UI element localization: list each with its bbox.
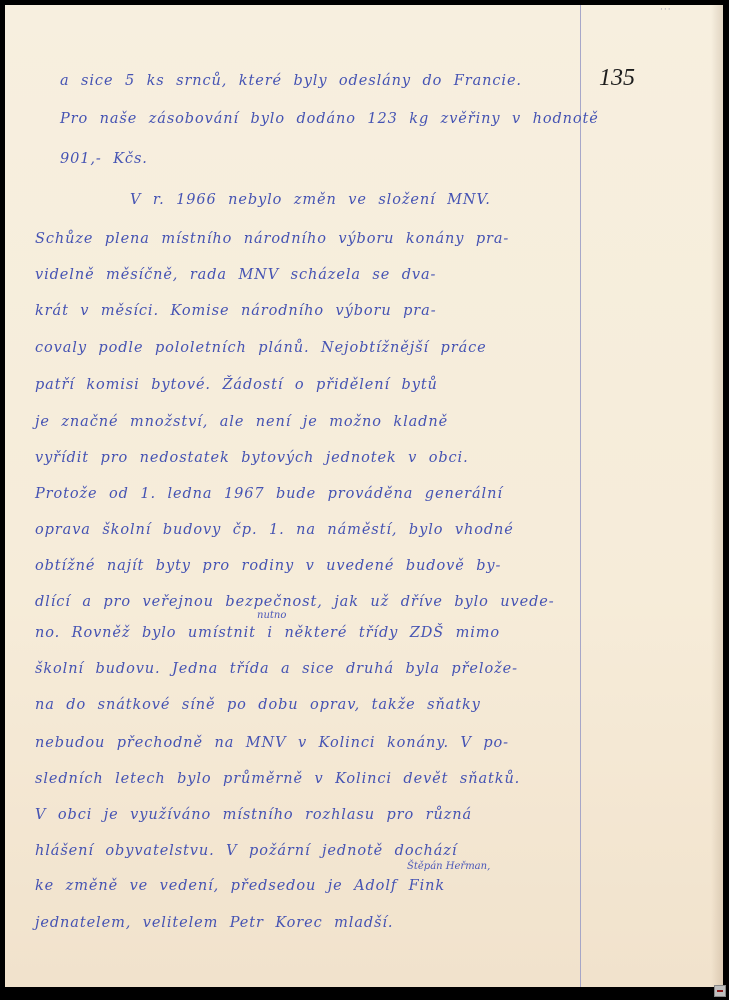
handwritten-line-3: 901,- Kčs. bbox=[60, 151, 148, 167]
handwritten-line-22: hlášení obyvatelstvu. V požární jednotě … bbox=[35, 843, 457, 859]
handwritten-line-1: a sice 5 ks srnců, které byly odeslány d… bbox=[60, 73, 522, 89]
minus-glyph-icon bbox=[717, 990, 723, 992]
handwritten-line-8: covaly podle pololetních plánů. Nejobtíž… bbox=[35, 340, 487, 356]
handwritten-line-17: školní budovu. Jedna třída a sice druhá … bbox=[35, 661, 518, 677]
handwritten-line-20: sledních letech bylo průměrně v Kolinci … bbox=[35, 771, 520, 787]
page-number: 135 bbox=[599, 65, 635, 92]
handwritten-line-18: na do snátkové síně po dobu oprav, takže… bbox=[35, 697, 481, 713]
handwritten-line-19: nebudou přechodně na MNV v Kolinci konán… bbox=[35, 735, 509, 751]
handwritten-line-10: je značné množství, ale není je možno kl… bbox=[35, 414, 448, 430]
handwritten-line-11: vyřídit pro nedostatek bytových jednotek… bbox=[35, 450, 469, 466]
interlinear-insertion-name: Štěpán Heřman, bbox=[407, 861, 490, 872]
top-corner-mark: ··· bbox=[660, 5, 672, 15]
handwritten-line-4: V r. 1966 nebylo změn ve složení MNV. bbox=[130, 192, 491, 208]
handwritten-line-16: no. Rovněž bylo umístnit i některé třídy… bbox=[35, 625, 500, 641]
handwritten-line-7: krát v měsíci. Komise národního výboru p… bbox=[35, 303, 437, 319]
handwritten-line-5: Schůze plena místního národního výboru k… bbox=[35, 231, 509, 247]
chronicle-page: ··· 135 a sice 5 ks srnců, které byly od… bbox=[5, 5, 723, 987]
handwritten-line-14: obtížné najít byty pro rodiny v uvedené … bbox=[35, 558, 501, 574]
handwritten-line-23: ke změně ve vedení, předsedou je Adolf F… bbox=[35, 878, 445, 894]
handwritten-line-2: Pro naše zásobování bylo dodáno 123 kg z… bbox=[60, 111, 599, 127]
viewer-resize-handle-icon[interactable] bbox=[714, 985, 726, 997]
handwritten-line-15: dlící a pro veřejnou bezpečnost, jak už … bbox=[35, 594, 555, 610]
handwritten-line-21: V obci je využíváno místního rozhlasu pr… bbox=[35, 807, 472, 823]
handwritten-line-24: jednatelem, velitelem Petr Korec mladší. bbox=[35, 915, 393, 931]
interlinear-insertion-nutno: nutno bbox=[257, 610, 286, 621]
handwritten-line-6: videlně měsíčně, rada MNV scházela se dv… bbox=[35, 267, 436, 283]
handwritten-line-9: patří komisi bytové. Žádostí o přidělení… bbox=[35, 377, 438, 393]
handwritten-line-13: oprava školní budovy čp. 1. na náměstí, … bbox=[35, 522, 514, 538]
margin-rule bbox=[580, 5, 581, 987]
handwritten-line-12: Protože od 1. ledna 1967 bude prováděna … bbox=[35, 486, 503, 502]
